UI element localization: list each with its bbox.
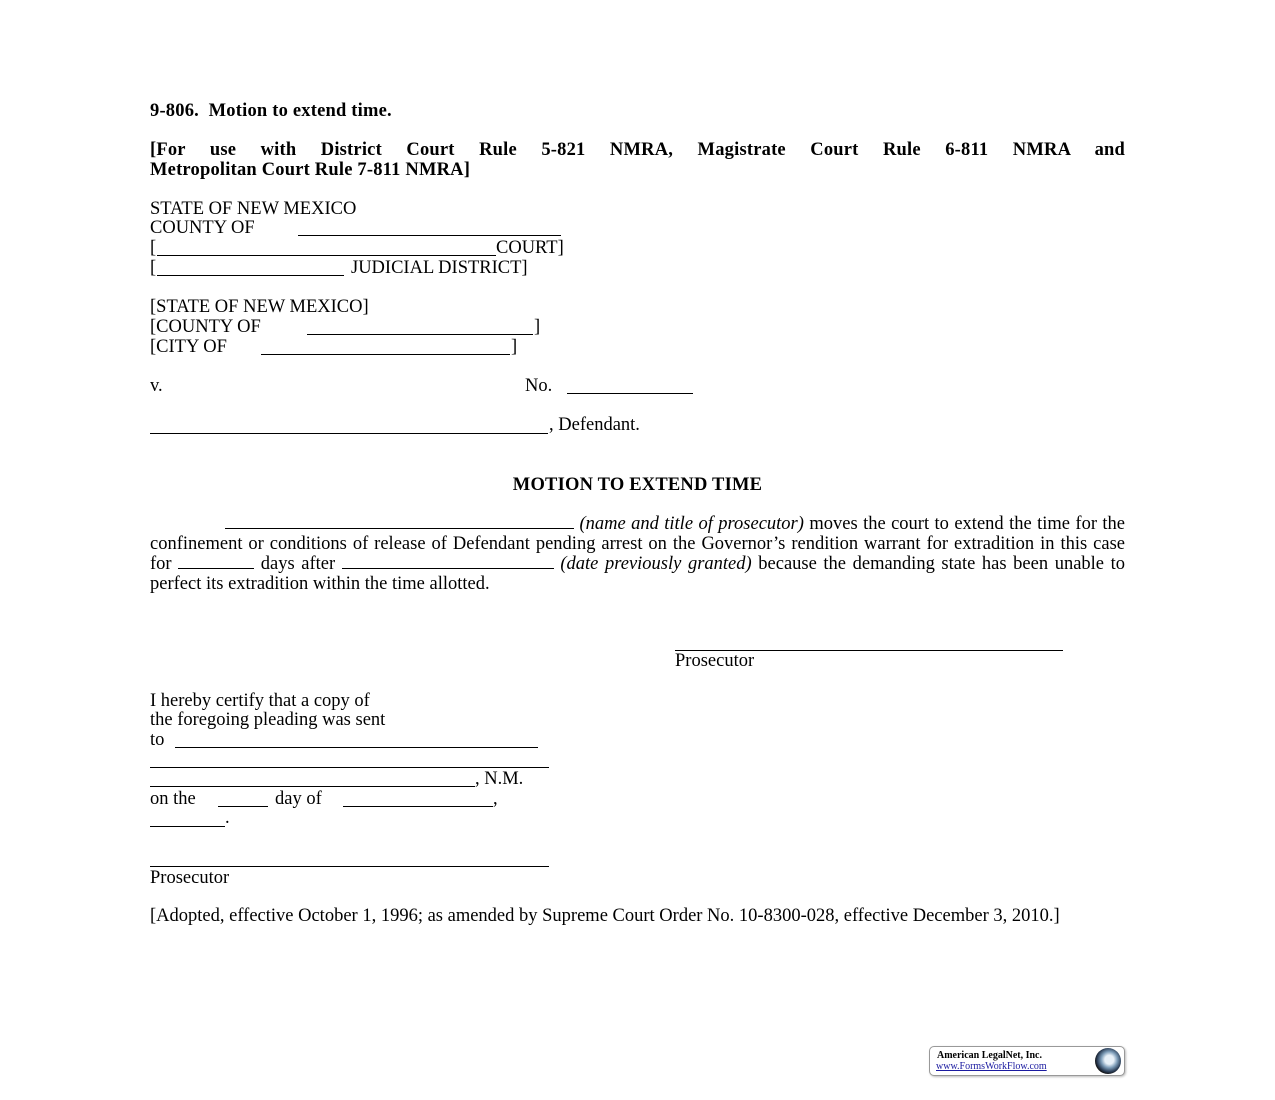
case-no-label: No.: [525, 376, 552, 396]
district-blank[interactable]: [157, 275, 344, 276]
prosecutor-name-blank[interactable]: [225, 514, 574, 529]
county-blank[interactable]: [298, 235, 561, 236]
alt-city-label: [CITY OF: [150, 337, 227, 357]
days-blank[interactable]: [178, 554, 254, 569]
nm-label: , N.M.: [475, 769, 523, 789]
rule-heading: 9-806. Motion to extend time.: [150, 101, 392, 121]
motion-body: (name and title of prosecutor) moves the…: [150, 514, 1125, 594]
certificate-signature-line[interactable]: [150, 866, 549, 867]
globe-icon: [1095, 1048, 1121, 1074]
certificate-line1: I hereby certify that a copy of: [150, 691, 370, 711]
document-title: MOTION TO EXTEND TIME: [0, 475, 1275, 495]
case-no-blank[interactable]: [567, 393, 693, 394]
day-blank[interactable]: [218, 806, 268, 807]
caption-state: STATE OF NEW MEXICO: [150, 199, 356, 219]
alt-city-close: ]: [511, 337, 517, 357]
address-blank[interactable]: [150, 767, 549, 768]
logo-company-name: American LegalNet, Inc.: [937, 1050, 1042, 1061]
recipient-blank[interactable]: [175, 747, 538, 748]
certificate-signature-label: Prosecutor: [150, 868, 229, 888]
date-hint: (date previously granted): [560, 554, 751, 574]
court-open-bracket: [: [150, 238, 156, 258]
caption-county-label: COUNTY OF: [150, 218, 255, 238]
day-of-label: day of: [275, 789, 322, 809]
alt-state: [STATE OF NEW MEXICO]: [150, 297, 369, 317]
prosecutor-signature-label: Prosecutor: [675, 651, 754, 671]
alt-city-blank[interactable]: [261, 354, 510, 355]
prosecutor-hint: (name and title of prosecutor): [579, 514, 803, 534]
footer-logo[interactable]: American LegalNet, Inc. www.FormsWorkFlo…: [929, 1046, 1125, 1076]
alt-county-label: [COUNTY OF: [150, 317, 261, 337]
city-blank[interactable]: [150, 786, 475, 787]
court-blank[interactable]: [157, 255, 496, 256]
month-blank[interactable]: [343, 806, 493, 807]
alt-county-blank[interactable]: [307, 334, 533, 335]
month-comma: ,: [493, 789, 498, 809]
defendant-blank[interactable]: [150, 433, 548, 434]
date-blank[interactable]: [342, 554, 554, 569]
logo-url-link[interactable]: www.FormsWorkFlow.com: [936, 1061, 1047, 1072]
alt-county-close: ]: [534, 317, 540, 337]
on-the-label: on the: [150, 789, 196, 809]
district-label: JUDICIAL DISTRICT]: [351, 258, 528, 278]
defendant-label: , Defendant.: [549, 415, 640, 435]
body-text-2: days after: [254, 554, 342, 574]
use-note-line1: [For use with District Court Rule 5-821 …: [150, 140, 1125, 160]
year-blank[interactable]: [150, 826, 225, 827]
versus: v.: [150, 376, 163, 396]
history-note: [Adopted, effective October 1, 1996; as …: [150, 907, 1125, 927]
year-period: .: [225, 808, 230, 828]
certificate-line2: the foregoing pleading was sent: [150, 710, 385, 730]
district-open-bracket: [: [150, 258, 156, 278]
court-label: COURT]: [496, 238, 564, 258]
certificate-to-label: to: [150, 730, 164, 750]
use-note-line2: Metropolitan Court Rule 7-811 NMRA]: [150, 160, 470, 180]
